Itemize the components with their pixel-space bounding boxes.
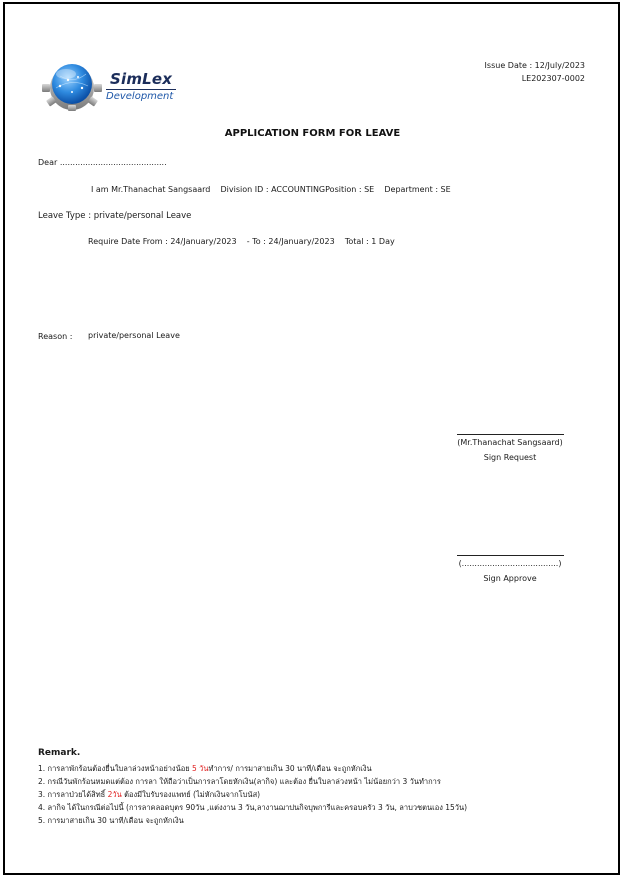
- company-name: SimLex: [110, 70, 172, 88]
- document-number: LE202307-0002: [522, 74, 585, 83]
- date-range: Require Date From : 24/January/2023 - To…: [88, 237, 395, 246]
- reason-value: private/personal Leave: [88, 331, 180, 340]
- remark-text: 1. การลาพักร้อนต้องยื่นใบลาล่วงหน้าอย่าง…: [38, 764, 192, 773]
- remark-text: ต้องมีใบรับรองแพทย์ (ไม่หักเงินจากโบนัส): [122, 790, 260, 799]
- reason-label: Reason :: [38, 332, 72, 341]
- remark-item: 1. การลาพักร้อนต้องยื่นใบลาล่วงหน้าอย่าง…: [38, 763, 372, 775]
- remark-item: 5. การมาสายเกิน 30 นาที/เดือน จะถูกหักเง…: [38, 815, 184, 827]
- remark-item: 3. การลาป่วยได้สิทธิ์ 2วัน ต้องมีใบรับรอ…: [38, 789, 260, 801]
- remark-heading: Remark.: [38, 748, 80, 758]
- company-logo: SimLex Development: [38, 58, 183, 112]
- approver-name: (......................................): [440, 559, 580, 568]
- sign-request-label: Sign Request: [440, 453, 580, 462]
- globe-gear-icon: [38, 58, 108, 112]
- remark-text: ทำการ/ การมาสายเกิน 30 นาที/เดือน จะถูกห…: [209, 764, 372, 773]
- dear-line: Dear ...................................…: [38, 158, 167, 167]
- sign-approve-label: Sign Approve: [440, 574, 580, 583]
- remark-text: 4. ลากิจ ได้ในกรณีต่อไปนี้ (การลาคลอดบุต…: [38, 803, 467, 812]
- signature-line-approve: [457, 555, 564, 556]
- form-title: APPLICATION FORM FOR LEAVE: [0, 128, 625, 139]
- requester-name: (Mr.Thanachat Sangsaard): [440, 438, 580, 447]
- remark-item: 2. กรณีวันพักร้อนหมดแต่ต้อง การลา ให้ถือ…: [38, 776, 441, 788]
- employee-info: I am Mr.Thanachat Sangsaard Division ID …: [91, 185, 451, 194]
- brand-divider: [106, 89, 176, 90]
- signature-line-request: [457, 434, 564, 435]
- company-subtitle: Development: [106, 91, 173, 102]
- remark-text: 3. การลาป่วยได้สิทธิ์: [38, 790, 108, 799]
- issue-date: Issue Date : 12/July/2023: [485, 61, 585, 70]
- remark-highlight: 2วัน: [108, 790, 122, 799]
- remark-text: 2. กรณีวันพักร้อนหมดแต่ต้อง การลา ให้ถือ…: [38, 777, 441, 786]
- remark-text: 5. การมาสายเกิน 30 นาที/เดือน จะถูกหักเง…: [38, 816, 184, 825]
- remark-highlight: 5 วัน: [192, 764, 209, 773]
- remark-item: 4. ลากิจ ได้ในกรณีต่อไปนี้ (การลาคลอดบุต…: [38, 802, 467, 814]
- leave-type: Leave Type : private/personal Leave: [38, 211, 191, 221]
